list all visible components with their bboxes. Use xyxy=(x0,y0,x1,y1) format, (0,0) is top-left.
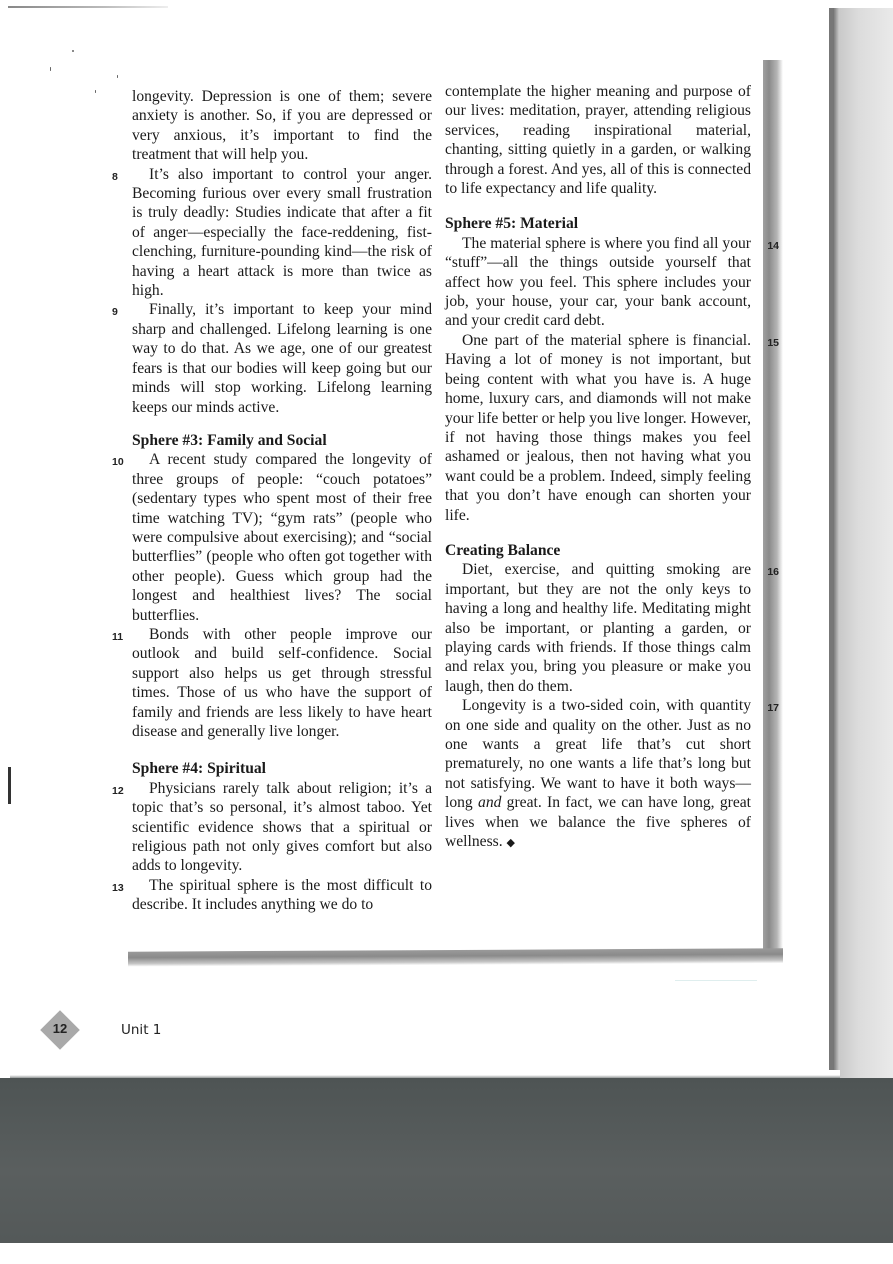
paragraph-number: 15 xyxy=(767,334,779,353)
paragraph-number: 13 xyxy=(112,879,124,898)
paragraph-number: 16 xyxy=(767,563,779,582)
paragraph-text: A recent study compared the longevity of… xyxy=(132,451,432,623)
paragraph-8: 8 It’s also important to control your an… xyxy=(132,165,432,301)
section-heading-spiritual: Sphere #4: Spiritual xyxy=(132,759,432,778)
scan-speck xyxy=(72,50,74,52)
paragraph-9: 9 Finally, it’s important to keep your m… xyxy=(132,300,432,416)
paragraph-number: 9 xyxy=(112,303,118,322)
paragraph-10: 10 A recent study compared the longevity… xyxy=(132,450,432,625)
emphasized-word: and xyxy=(478,794,501,811)
paragraph-text: Bonds with other people improve our outl… xyxy=(132,626,432,740)
end-of-article-diamond-icon: ◆ xyxy=(507,836,515,849)
text-box-shadow-bottom xyxy=(128,948,783,966)
paragraph-number: 10 xyxy=(112,453,124,472)
page-number: 12 xyxy=(40,1021,80,1036)
scan-speck xyxy=(50,67,51,71)
paragraph-text: contemplate the higher meaning and purpo… xyxy=(445,83,751,197)
section-heading-material: Sphere #5: Material xyxy=(445,214,751,233)
paragraph-number: 11 xyxy=(112,628,123,647)
paragraph-number: 14 xyxy=(767,237,779,256)
scan-bottom-margin xyxy=(0,1243,893,1264)
scan-speck xyxy=(95,90,96,93)
paragraph-17: 17 Longevity is a two-sided coin, with q… xyxy=(445,696,751,852)
scan-faint-line xyxy=(675,980,757,981)
paragraph-number: 17 xyxy=(767,699,779,718)
section-heading-family-social: Sphere #3: Family and Social xyxy=(132,431,432,450)
paragraph-15: 15 One part of the material sphere is fi… xyxy=(445,331,751,525)
paragraph-13: 13 The spiritual sphere is the most diff… xyxy=(132,876,432,915)
paragraph-continuation: contemplate the higher meaning and purpo… xyxy=(445,82,751,198)
paragraph-number: 8 xyxy=(112,168,118,187)
scan-edge-line xyxy=(8,6,168,8)
unit-label: Unit 1 xyxy=(121,1022,161,1038)
paragraph-text: Finally, it’s important to keep your min… xyxy=(132,301,432,415)
paragraph-16: 16 Diet, exercise, and quitting smoking … xyxy=(445,560,751,696)
paragraph-text: It’s also important to control your ange… xyxy=(132,166,432,299)
paragraph-text: The spiritual sphere is the most difficu… xyxy=(132,877,432,913)
text-box-shadow-right xyxy=(763,60,783,950)
paragraph-number: 12 xyxy=(112,782,124,801)
paragraph-text: Physicians rarely talk about religion; i… xyxy=(132,780,432,875)
section-heading-creating-balance: Creating Balance xyxy=(445,541,751,560)
left-text-column: longevity. Depression is one of them; se… xyxy=(132,87,432,915)
paragraph-text: One part of the material sphere is finan… xyxy=(445,332,751,524)
right-text-column: contemplate the higher meaning and purpo… xyxy=(445,82,751,852)
scanner-background xyxy=(0,1078,893,1264)
paragraph-text: longevity. Depression is one of them; se… xyxy=(132,88,432,163)
paragraph-continuation: longevity. Depression is one of them; se… xyxy=(132,87,432,165)
book-spine-edge xyxy=(829,8,893,1078)
paragraph-14: 14 The material sphere is where you find… xyxy=(445,234,751,331)
paragraph-text: The material sphere is where you find al… xyxy=(445,235,751,330)
scan-margin-mark xyxy=(8,767,11,804)
paragraph-11: 11 Bonds with other people improve our o… xyxy=(132,625,432,741)
paragraph-12: 12 Physicians rarely talk about religion… xyxy=(132,779,432,876)
paragraph-text: Diet, exercise, and quitting smoking are… xyxy=(445,561,751,694)
scan-speck xyxy=(117,75,118,78)
